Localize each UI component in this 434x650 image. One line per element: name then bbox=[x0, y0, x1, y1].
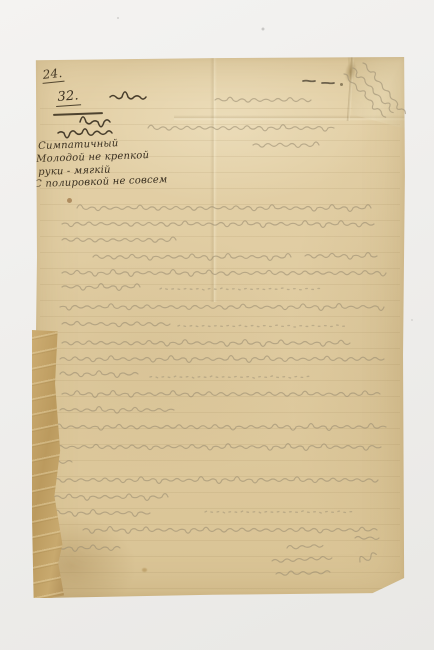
ink-note-line: Молодой не крепкой bbox=[36, 150, 149, 165]
ink-note-line: Симпатичный bbox=[38, 138, 119, 152]
document-paper: 24. 32. Симпатичный Молодой не крепкой р… bbox=[34, 57, 406, 598]
rust-spot bbox=[67, 198, 72, 203]
ink-page-number: 24. bbox=[41, 66, 64, 84]
center-fold-crease bbox=[210, 57, 217, 302]
photo-backdrop: 24. 32. Симпатичный Молодой не крепкой р… bbox=[0, 0, 434, 650]
dark-speck bbox=[340, 83, 343, 86]
ink-underline bbox=[53, 112, 103, 116]
ink-item-number: 32. bbox=[55, 88, 81, 107]
stain-spot bbox=[142, 568, 147, 572]
